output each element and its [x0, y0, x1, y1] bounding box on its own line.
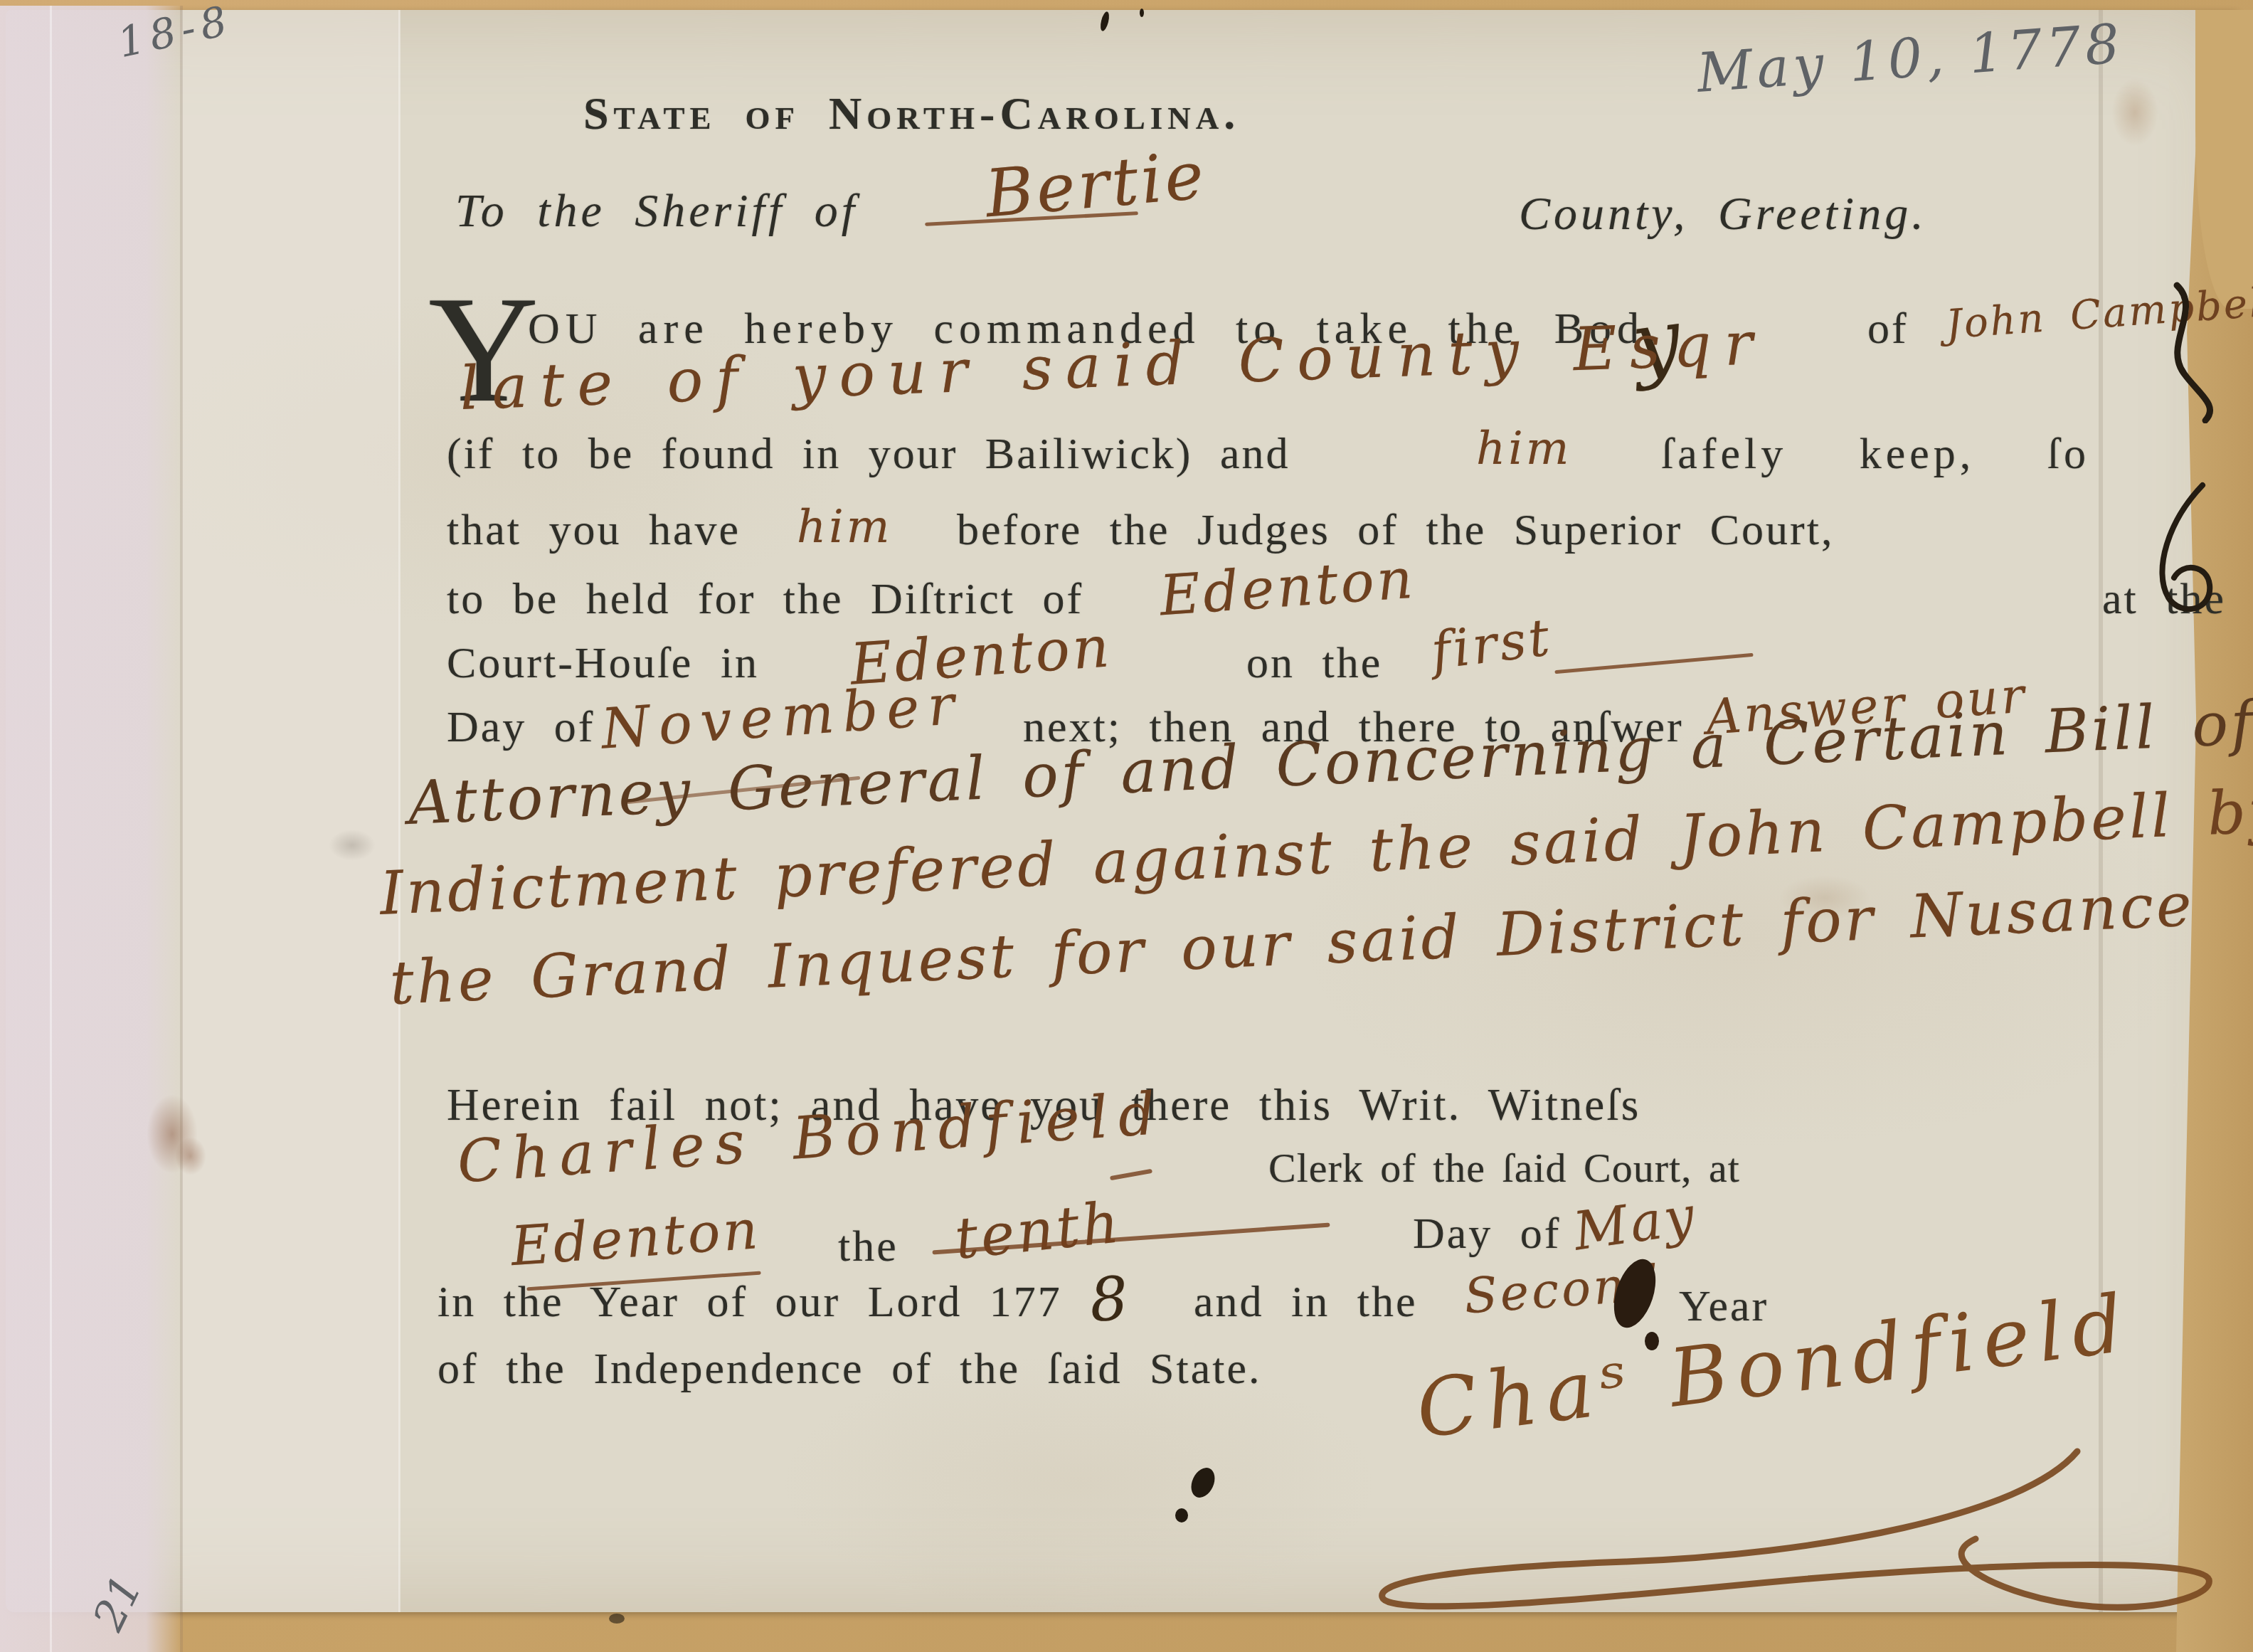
closing-line11-print-b: and in the [1194, 1279, 1418, 1325]
smudge-mid-left [329, 830, 376, 861]
body-line6-print-b: on the [1246, 640, 1382, 687]
margin-flourish-upper [2156, 281, 2241, 423]
body-line3-print-b: ſafely keep, ſo [1661, 431, 2090, 477]
court-day-handwritten: first [1428, 610, 1555, 679]
ink-speck-top-2 [1140, 9, 1144, 17]
tissue-strip [0, 6, 182, 1652]
signature-flourish-icon [1362, 1448, 2237, 1626]
margin-flourish-lower [2147, 478, 2225, 628]
ink-blot-bottom-2 [1175, 1508, 1188, 1523]
salutation-post: County, Greeting. [1519, 189, 1927, 238]
closing-line10-the: the [838, 1224, 898, 1270]
year-digit-handwritten: 8 [1088, 1266, 1133, 1332]
body-line4-print-a: that you have [447, 507, 741, 554]
body-line4-hw-him: him [797, 504, 892, 551]
body-line4-print-b: before the Judges of the Superior Court, [957, 507, 1834, 554]
fold-band [182, 10, 400, 1612]
body-line3-print-a: (if to be found in your Bailiwick) and [447, 431, 1290, 477]
crease-line-2 [180, 6, 183, 1652]
signature-flourish [1362, 1448, 2237, 1626]
body-line6-print-a: Court-Houſe in [447, 640, 759, 687]
stain-top-right [2111, 78, 2158, 147]
closing-line9-print: Clerk of the ſaid Court, at [1268, 1147, 1740, 1190]
crease-line-1 [50, 6, 52, 1652]
closing-line11-print-a: in the Year of our Lord 177 [438, 1279, 1062, 1325]
ink-flourish-icon [2156, 281, 2241, 423]
closing-line10-dayof: Day of [1413, 1211, 1561, 1257]
document-scan: 18-8 May 10, 1778 21 State of North-Caro… [0, 0, 2253, 1652]
salutation-pre: To the Sheriff of [455, 186, 858, 235]
closing-line12-print: of the Independence of the ſaid State. [438, 1346, 1261, 1392]
body-line3-hw-him: him [1476, 425, 1571, 473]
body-line7-print-a: Day of [447, 704, 595, 751]
stain-left-edge-2 [175, 1137, 206, 1175]
ink-speck-bottom [609, 1614, 625, 1624]
crease-line-3 [398, 10, 401, 1612]
body-line1-of: of [1867, 306, 1909, 352]
ink-loop-icon [2147, 478, 2225, 628]
body-line5-print-a: to be held for the Diſtrict of [447, 576, 1083, 623]
document-title: State of North-Carolina. [583, 90, 1240, 137]
